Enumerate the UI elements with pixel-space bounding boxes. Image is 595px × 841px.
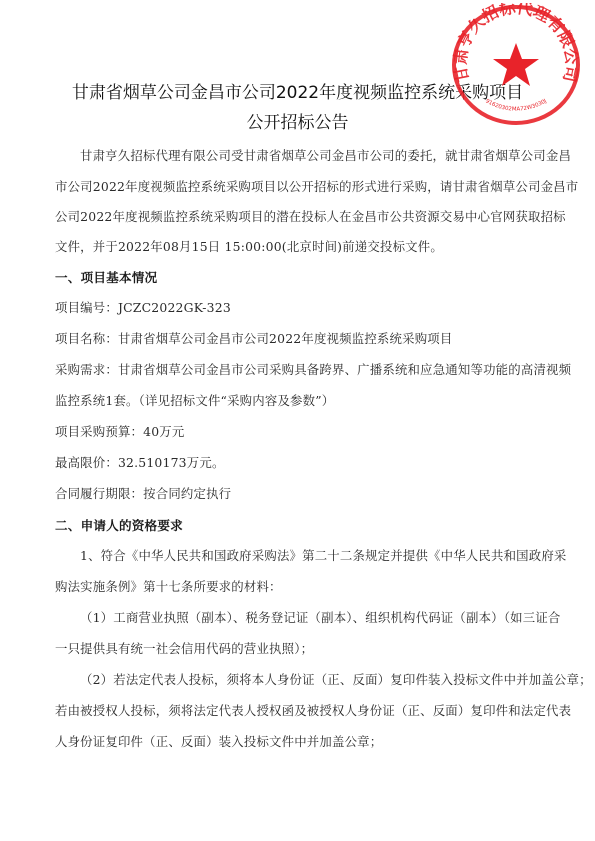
contract-period: 合同履行期限：按合同约定执行 [55, 484, 545, 502]
qualification-sub1-line1: （1）工商营业执照（副本）、税务登记证（副本）、组织机构代码证（副本）（如三证合 [80, 608, 570, 626]
star-icon [493, 43, 539, 86]
project-budget: 项目采购预算：40万元 [55, 422, 545, 440]
section2-heading: 二、申请人的资格要求 [55, 515, 545, 534]
svg-text:91620302MA72W3030J: 91620302MA72W3030J [484, 98, 548, 113]
intro-line-4: 文件，并于2022年08月15日 15:00:00(北京时间)前递交投标文件。 [55, 237, 545, 255]
max-price: 最高限价：32.510173万元。 [55, 453, 545, 471]
qualification-sub2-line3: 人身份证复印件（正、反面）装入投标文件中并加盖公章； [55, 732, 545, 750]
section1-heading: 一、项目基本情况 [55, 267, 545, 286]
seal-code: 91620302MA72W3030J [484, 98, 548, 113]
document-page: 甘肃省烟草公司金昌市公司2022年度视频监控系统采购项目 公开招标公告 甘肃亨久… [0, 0, 595, 841]
qualification-sub2-line1: （2）若法定代表人投标，须将本人身份证（正、反面）复印件装入投标文件中并加盖公章… [80, 670, 570, 688]
project-name: 项目名称：甘肃省烟草公司金昌市公司2022年度视频监控系统采购项目 [55, 329, 545, 347]
company-seal-stamp: 甘肃亨久招标代理有限公司 91620302MA72W3030J [449, 3, 583, 128]
intro-line-2: 市公司2022年度视频监控系统采购项目以公开招标的形式进行采购，请甘肃省烟草公司… [55, 177, 545, 195]
intro-line-3: 公司2022年度视频监控系统采购项目的潜在投标人在金昌市公共资源交易中心官网获取… [55, 207, 545, 225]
intro-line-1: 甘肃亨久招标代理有限公司受甘肃省烟草公司金昌市公司的委托，就甘肃省烟草公司金昌 [80, 146, 570, 164]
qualification-sub2-line2: 若由被授权人投标，须将法定代表人授权函及被授权人身份证（正、反面）复印件和法定代… [55, 701, 545, 719]
qualification-sub1-line2: 一只提供具有统一社会信用代码的营业执照）； [55, 639, 545, 657]
qualification-item1-line1: 1、符合《中华人民共和国政府采购法》第二十二条规定并提供《中华人民共和国政府采 [80, 546, 570, 564]
requirement-line-2: 监控系统1套。（详见招标文件“采购内容及参数”） [55, 391, 545, 409]
project-number: 项目编号：JCZC2022GK-323 [55, 298, 545, 316]
requirement-line-1: 采购需求：甘肃省烟草公司金昌市公司采购具备跨界、广播系统和应急通知等功能的高清视… [55, 360, 545, 378]
qualification-item1-line2: 购法实施条例》第十七条所要求的材料： [55, 577, 545, 595]
